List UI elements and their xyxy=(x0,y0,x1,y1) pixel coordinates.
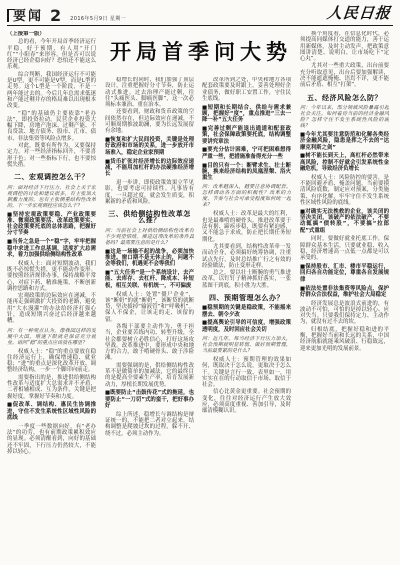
news-column-1: （上接第一版）总的看，今年开局首季经济运行平稳，好于预期，有人用“开门红”“小阳… xyxy=(7,31,96,562)
body-paragraph: 权威人士：风险防控的要害，是不能回避矛盾、掩盖问题。当前要摸清风险底数，制定应对… xyxy=(300,175,389,206)
body-paragraph: 总之，要以壮士断腕的勇气推进改革，以钉钉子精神抓好落实，一张蓝图干到底，积小胜为… xyxy=(202,270,291,289)
body-paragraph: 综合判断，我国经济运行不可能是U型，更不可能是V型，而是L型的走势。这个L型是一… xyxy=(7,72,96,110)
news-column-2: 稳增长的同时，我们加强了顶层设计，注重把握好分寸节奏，防止运动式推进。过去治理产… xyxy=(105,77,194,562)
body-paragraph: 总的看，今年开局首季经济运行平稳，好于预期，有人用“开门红”“小阳春”来形容。但… xyxy=(7,39,96,70)
bullet-paragraph: ■树不能长到天上，高杠杆必然带来高风险，控制不好就会引发系统性金融危机，导致经济… xyxy=(300,153,389,172)
body-paragraph: 退一步讲，即使政策效果立竿见影，也要考虑可持续性。凡事皆有度，一旦超过度，就会发… xyxy=(105,180,194,205)
body-paragraph: 需要强调的是，供给侧结构性改革不是做简单的加减法，它的最终目的是提高全要素生产率… xyxy=(105,363,194,388)
bullet-paragraph: ■恢复和扩大民间投资，关键是处理好政府和市场的关系，进一步放开市场准入，稳定企业… xyxy=(105,137,194,156)
section-heading: 四、预期管理怎么办？ xyxy=(202,295,291,301)
body-paragraph: 同时，要做好就业托底工作，保障群众基本生活。只要就业稳、收入稳，经济增速高一点低… xyxy=(300,236,389,261)
center-section: 开局首季问大势 稳增长的同时，我们加强了顶层设计，注重把握好分寸节奏，防止运动式… xyxy=(105,31,291,562)
bullet-paragraph: ■这是一场输不起的战争，必须加快推进。窗口期不是无休止的，问题不会等我们，机遇更… xyxy=(105,249,194,268)
news-column-4: 换个角度看，在信息化时代，必须提高同媒体打交道的能力，善于运用新媒体，及时主动发… xyxy=(300,31,389,562)
bullet-paragraph: ■今年尤其要注意防范和化解各类经济金融风险，隐患是挥之不去的“达摩克利斯之剑” xyxy=(300,132,389,151)
body-paragraph: 综上所述，稳增长与调结构是辩证统一的，不能把二者对立起来。结构调整是爬坡过坎的过… xyxy=(105,412,194,437)
body-paragraph: 权威人士：面对短期波动，我们既不必惊慌失措，更不能动作变形。要按照经济规律办事，… xyxy=(7,261,96,292)
body-paragraph: 归根结底，把握好稳和进的平衡，把握好当前和长远的关系，中国经济航船就能乘风破浪、… xyxy=(300,327,389,352)
page-header: 要闻 2 2016年5月9日 星期一 人民日报 xyxy=(7,3,393,26)
main-headline: 开局首季问大势 xyxy=(105,31,291,77)
bullet-paragraph: ■要充分估计困难，宁可把困难想得严重一些，把措施准备得充分一些 xyxy=(202,147,291,160)
bullet-paragraph: ■保持股市、汇市、楼市平稳运行，回归各自功能定位，尊重各自发展规律 xyxy=(300,264,389,283)
peoples-daily-masthead: 人民日报 xyxy=(326,2,392,23)
body-paragraph: 权威人士：改革是最大的红利，也是最难啃的硬骨头。推进改革要于法有据、蹄疾步稳，既… xyxy=(202,211,291,242)
question-paragraph: 问：今年以来，部分领域风险暴露引起社会关注。如何看待当前的经济金融风险？怎样守住… xyxy=(300,105,389,129)
edition-date: 2016年5月9日 星期一 xyxy=(70,15,126,23)
body-paragraph: “稳”的基础仍主要依靠“老办法”，即投资拉动。民营企业投资大幅下降，房地产泡沫、… xyxy=(7,111,96,142)
body-paragraph: 宏观政策的边际效应在递减，不能再走强刺激扩大投资的老路，避免用“大水漫灌”的办法… xyxy=(7,293,96,324)
body-paragraph: 各级干部要主动作为、勇于担当，企业要苦练内功、转型升级，全社会都要树立必胜信心，… xyxy=(105,324,194,362)
bullet-paragraph: ■目的只有一个：断臂求生、壮士断腕，换来经济结构的凤凰涅槃、浴火重生 xyxy=(202,163,291,182)
bullet-paragraph: ■稳预期的关键是稳政策，不能摇来摆去、朝令夕改 xyxy=(202,305,291,318)
body-paragraph: 换个角度看，在信息化时代，必须提高同媒体打交道的能力，善于运用新媒体，及时主动发… xyxy=(300,31,389,62)
section-label: 要闻 xyxy=(13,10,43,23)
page-number: 2 xyxy=(50,9,61,23)
bullet-paragraph: ■依法处置非法集资等风险点，保护好群众合法权益，维护社会大局稳定 xyxy=(300,286,389,299)
body-paragraph: 稳增长的同时，我们加强了顶层设计，注重把握好分寸节奏，防止运动式推进。过去治理产… xyxy=(105,77,194,108)
body-paragraph: 还要看到，财政和货币政策的空间依然存在，但边际效应在递减，不可顺周期推波助澜，要… xyxy=(105,109,194,134)
section-heading: 三、供给侧结构性改革怎么推？ xyxy=(105,211,194,224)
page-content: （上接第一版）总的看，今年开局首季经济运行平稳，好于预期，有人用“开门红”“小阳… xyxy=(7,31,393,562)
center-columns: 稳增长的同时，我们加强了顶层设计，注重把握好分寸节奏，防止运动式推进。过去治理产… xyxy=(105,77,291,562)
bullet-paragraph: ■当务之急是一个“稳”字，牢牢把握稳中求进工作总基调，适度扩大总需求，着力加强供… xyxy=(7,239,96,258)
bullet-paragraph: ■提高舆论引导的可信度，增强政策透明度，及时回应社会关切 xyxy=(202,320,291,333)
bullet-paragraph: ■“五大任务”是一个系统设计，去产能、去库存、去杠杆、降成本、补短板，相互关联、… xyxy=(105,270,194,289)
question-paragraph: 问：有一种观点认为，像我国这样的发展中大国，增速下限就是保证充分就业。请问“稳”… xyxy=(7,328,96,346)
body-paragraph: 权威人士：“稳”的重点要放在稳住经济运行上，确保增速稳、就业稳；“进”的重点是深… xyxy=(7,349,96,374)
section-heading: 五、经济风险怎么防？ xyxy=(300,95,389,101)
question-paragraph: 问：面对经济下行压力，社会上关于宏观调控的讨论和建议很多，有主张加大刺激力度的，… xyxy=(7,185,96,209)
body-paragraph: 经济发展总是波浪式前进的，有波动不可怕，可怕的是掉以轻心、应对失当。只要我们保持… xyxy=(300,301,389,326)
body-paragraph: 尤其要看到，结构性改革牵一发而动全身，必须搞好统筹协调，注重试点先行，及时总结推… xyxy=(202,244,291,269)
bullet-paragraph: ■完善过剩产能退出通道和配套政策，社会保障政策要托底，结构调整要讲究章法 xyxy=(202,126,291,145)
body-paragraph: 信心比黄金更重要。社会预期的变化，往往对经济运行产生放大效应，必须高度重视、善加… xyxy=(202,389,291,414)
body-paragraph: 权威人士：处置“僵尸企业”，该“断奶”的就“断奶”，该断贷的就断贷，坚决拔掉“输… xyxy=(105,292,194,323)
question-paragraph: 问：当前社会上对供给侧结构性改革有不少观望情绪。推进这项改革的条件具备吗？最需要… xyxy=(105,228,194,246)
body-paragraph: 改革所到之处，中央和地方各项配套政策要及时跟上，妥善处理好企业债务，做好职工安置… xyxy=(202,77,291,102)
news-column-3: 改革所到之处，中央和地方各项配套政策要及时跟上，妥善处理好企业债务，做好职工安置… xyxy=(202,77,291,562)
body-paragraph: 权威人士：预期管理的效果如何，既取决于怎么说，更取决于怎么干。关键是言行一致、表… xyxy=(202,357,291,388)
body-paragraph: 一季度一些数据向好，有“老办法”的功劳，也有前期政策累积效应的显现。必须清醒看到… xyxy=(7,424,96,455)
body-paragraph: 对此，既要有所作为，又要保持定力。对一些经济指标回升，不要喜形于色；对一些指标下… xyxy=(7,143,96,168)
bullet-paragraph: ■货币扩张对经济增长的边际效应递减，不能用加杠杆的办法硬推经济增长 xyxy=(105,159,194,178)
bullet-paragraph: ■促改革、调结构、惠民生协调推进，守住不发生系统性区域性风险的底线 xyxy=(7,402,96,421)
bullet-paragraph: ■既要防止“击鼓传花”式的拖延，也要防止“一刀切”式的蛮干，把好事办好 xyxy=(105,390,194,409)
newspaper-page: 要闻 2 2016年5月9日 星期一 人民日报 （上接第一版）总的看，今年开局首… xyxy=(0,0,400,565)
continued-from-marker: （上接第一版） xyxy=(7,31,96,37)
bullet-paragraph: ■短期和长期结合、供给与需求兼顾，把握好“度”，重点推进“三去一降一补”五大任务 xyxy=(202,105,291,124)
question-paragraph: 问：改革越深入，越要注意协调配套。怎样调动各方面的积极性？改革的力度、节奏与社会… xyxy=(202,184,291,208)
bullet-paragraph: ■坚持宏观政策要稳、产业政策要准、微观政策要活、改革政策要实、社会政策要托底的总… xyxy=(7,212,96,237)
section-tag: 要闻 2 2016年5月9日 星期一 xyxy=(7,9,126,23)
question-paragraph: 问：近几年，每当经济下行压力加大，社会预期就明显转弱。做好预期管理，当前最要紧的… xyxy=(202,336,291,354)
body-paragraph: 需要指出的是，推进供给侧结构性改革与适度扩大总需求并不矛盾，二者相辅相成、互为条… xyxy=(7,375,96,400)
bullet-paragraph: ■对确实无法挽救的企业，该关闭的坚决关闭，该破产的依法破产，不要动辄搞“债转股”… xyxy=(300,209,389,234)
body-paragraph: 尤其对一些重大政策，出台前要充分听取意见，出台后要加强解读，决不能遮遮掩掩、语焉… xyxy=(300,63,389,88)
section-heading: 二、宏观调控怎么干？ xyxy=(7,174,96,180)
